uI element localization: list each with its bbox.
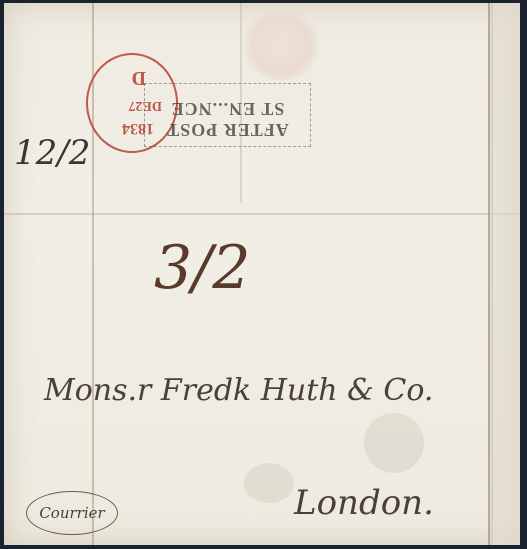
handstamp-line-2: ST EN...NCE [145, 98, 310, 119]
letter-sheet: 1834 DE27 D AFTER POST ST EN...NCE 12/2 … [4, 3, 520, 545]
wax-seal-impression [242, 9, 320, 81]
fold-line [4, 213, 520, 215]
boxed-handstamp: AFTER POST ST EN...NCE [144, 83, 311, 147]
manuscript-rate: 12/2 [14, 133, 90, 173]
courier-text: Courrier [39, 504, 104, 522]
address-line-2: London. [294, 483, 434, 523]
manuscript-charge: 3/2 [154, 233, 251, 303]
letter-flap [488, 3, 520, 545]
courier-oval-endorsement: Courrier [26, 491, 118, 535]
ink-smudge [244, 463, 294, 503]
address-line-1: Mons.r Fredk Huth & Co. [44, 373, 433, 408]
ink-smudge [364, 413, 424, 473]
handstamp-line-1: AFTER POST [145, 119, 310, 140]
